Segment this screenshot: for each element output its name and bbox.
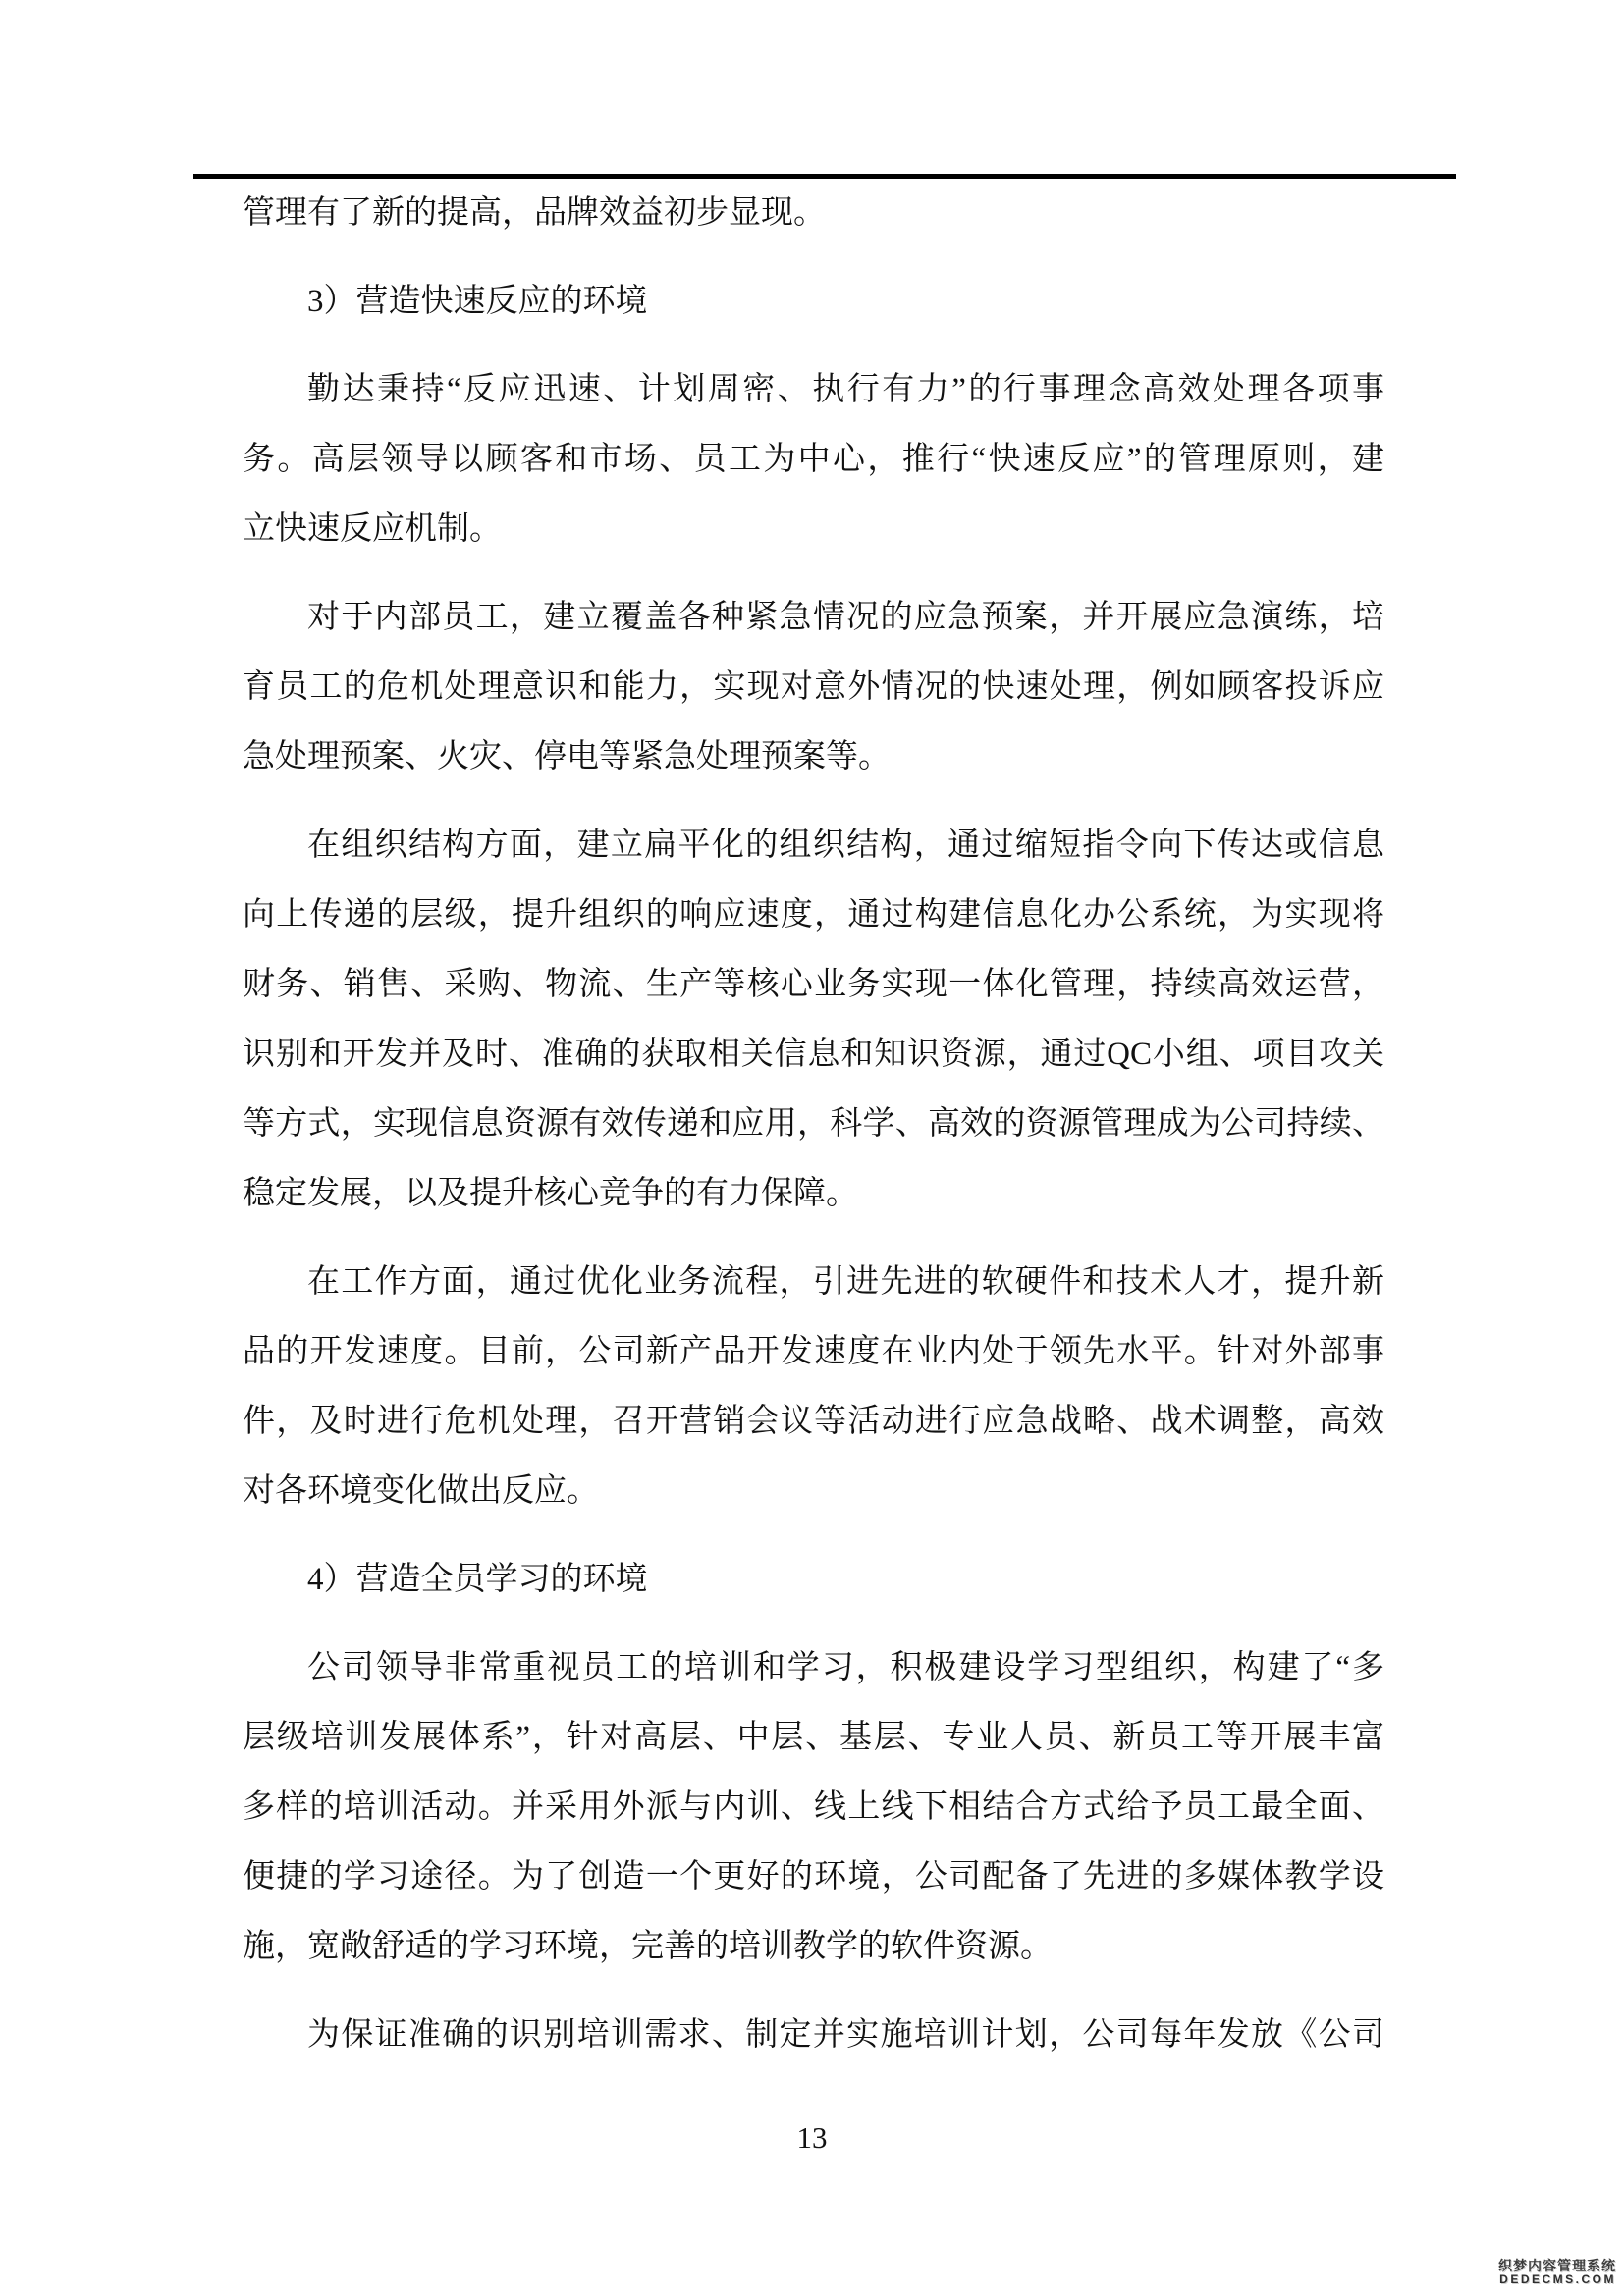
text-line: 件，及时进行危机处理，召开营销会议等活动进行应急战略、战术调整，高效	[243, 1387, 1384, 1457]
text-line: 多样的培训活动。并采用外派与内训、线上线下相结合方式给予员工最全面、	[243, 1773, 1384, 1842]
paragraph: 在组织结构方面，建立扁平化的组织结构，通过缩短指令向下传达或信息 向上传递的层级…	[243, 811, 1384, 1229]
text-line: 施，宽敞舒适的学习环境，完善的培训教学的软件资源。	[243, 1912, 1384, 1982]
text-line: 3）营造快速反应的环境	[243, 267, 1384, 337]
page-number: 13	[0, 2120, 1624, 2156]
text-line: 为保证准确的识别培训需求、制定并实施培训计划，公司每年发放《公司	[243, 2001, 1384, 2070]
text-line: 4）营造全员学习的环境	[243, 1545, 1384, 1615]
text-line: 在工作方面，通过优化业务流程，引进先进的软硬件和技术人才，提升新	[243, 1248, 1384, 1317]
text-line: 财务、销售、采购、物流、生产等核心业务实现一体化管理，持续高效运营，	[243, 950, 1384, 1020]
text-line: 对于内部员工，建立覆盖各种紧急情况的应急预案，并开展应急演练，培	[243, 583, 1384, 653]
section-heading: 3）营造快速反应的环境	[243, 267, 1384, 337]
text-line: 在组织结构方面，建立扁平化的组织结构，通过缩短指令向下传达或信息	[243, 811, 1384, 881]
paragraph: 为保证准确的识别培训需求、制定并实施培训计划，公司每年发放《公司	[243, 2001, 1384, 2070]
text-line: 对各环境变化做出反应。	[243, 1457, 1384, 1526]
text-line: 稳定发展，以及提升核心竞争的有力保障。	[243, 1159, 1384, 1229]
paragraph: 对于内部员工，建立覆盖各种紧急情况的应急预案，并开展应急演练，培 育员工的危机处…	[243, 583, 1384, 792]
text-line: 公司领导非常重视员工的培训和学习，积极建设学习型组织，构建了“多	[243, 1633, 1384, 1703]
text-line: 识别和开发并及时、准确的获取相关信息和知识资源，通过QC小组、项目攻关	[243, 1020, 1384, 1090]
text-line: 等方式，实现信息资源有效传递和应用，科学、高效的资源管理成为公司持续、	[243, 1090, 1384, 1159]
paragraph: 勤达秉持“反应迅速、计划周密、执行有力”的行事理念高效处理各项事 务。高层领导以…	[243, 355, 1384, 564]
section-heading: 4）营造全员学习的环境	[243, 1545, 1384, 1615]
text-line: 品的开发速度。目前，公司新产品开发速度在业内处于领先水平。针对外部事	[243, 1317, 1384, 1387]
paragraph: 在工作方面，通过优化业务流程，引进先进的软硬件和技术人才，提升新 品的开发速度。…	[243, 1248, 1384, 1526]
text-line: 急处理预案、火灾、停电等紧急处理预案等。	[243, 722, 1384, 792]
paragraph: 公司领导非常重视员工的培训和学习，积极建设学习型组织，构建了“多 层级培训发展体…	[243, 1633, 1384, 1982]
dedecms-watermark: 织梦内容管理系统 DEDECMS.COM	[1498, 2258, 1616, 2287]
text-line: 勤达秉持“反应迅速、计划周密、执行有力”的行事理念高效处理各项事	[243, 355, 1384, 425]
text-line: 育员工的危机处理意识和能力，实现对意外情况的快速处理，例如顾客投诉应	[243, 653, 1384, 722]
text-line: 便捷的学习途径。为了创造一个更好的环境，公司配备了先进的多媒体教学设	[243, 1842, 1384, 1912]
text-line: 立快速反应机制。	[243, 495, 1384, 564]
watermark-chinese-text: 织梦内容管理系统	[1498, 2258, 1616, 2273]
text-line: 向上传递的层级，提升组织的响应速度，通过构建信息化办公系统，为实现将	[243, 881, 1384, 950]
document-body: 管理有了新的提高，品牌效益初步显现。 3）营造快速反应的环境 勤达秉持“反应迅速…	[243, 179, 1384, 2089]
text-line: 务。高层领导以顾客和市场、员工为中心，推行“快速反应”的管理原则，建	[243, 425, 1384, 495]
watermark-domain-text: DEDECMS.COM	[1498, 2273, 1616, 2287]
text-line: 层级培训发展体系”，针对高层、中层、基层、专业人员、新员工等开展丰富	[243, 1703, 1384, 1773]
text-line: 管理有了新的提高，品牌效益初步显现。	[243, 179, 1384, 248]
document-page: 管理有了新的提高，品牌效益初步显现。 3）营造快速反应的环境 勤达秉持“反应迅速…	[0, 0, 1624, 2296]
paragraph: 管理有了新的提高，品牌效益初步显现。	[243, 179, 1384, 248]
